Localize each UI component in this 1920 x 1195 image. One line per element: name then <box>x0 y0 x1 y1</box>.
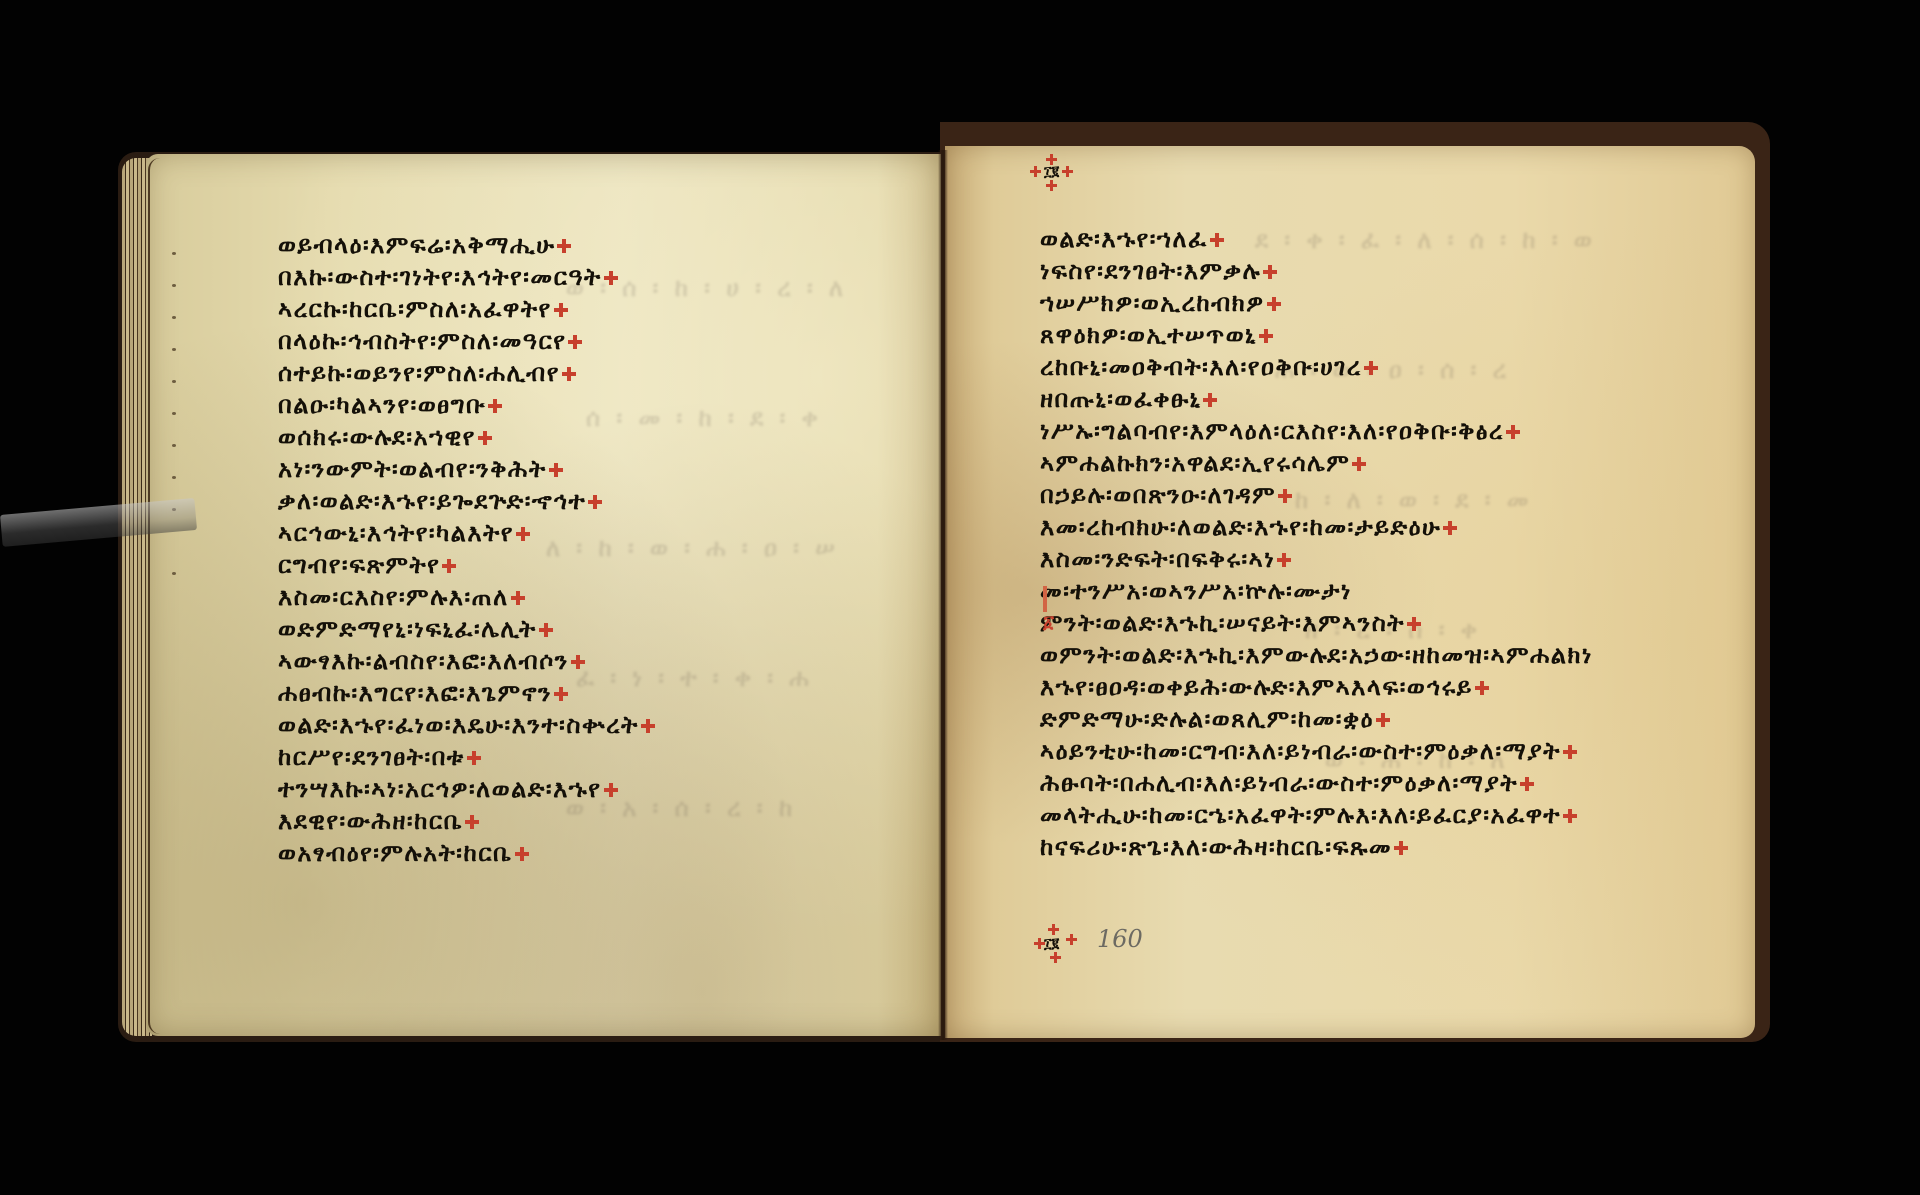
red-cross-icon <box>1259 329 1273 343</box>
red-cross-icon <box>465 815 479 829</box>
text-line: ወአፃብዕየ፡ምሉአት፡ከርቤ <box>278 837 655 869</box>
text-line: ሐፀብኩ፡እግርየ፡እፎ፡እጌምኖን <box>278 677 655 709</box>
red-cross-icon <box>604 271 618 285</box>
decorative-cross-icon <box>1030 166 1041 177</box>
red-cross-icon <box>515 847 529 861</box>
text-line: ወምንት፡ወልድ፡እኁኪ፡እምውሉደ፡አኃው፡ዘከመዝ፡ኣምሐልክነ <box>1040 639 1593 671</box>
text-line: ረከቡኒ፡መዐቅብት፡እለ፡የዐቅቡ፡ሀገረ <box>1040 351 1593 383</box>
text-line: በኃይሉ፡ወበጽንዑ፡ለገዳም <box>1040 479 1593 511</box>
red-cross-icon <box>588 495 602 509</box>
red-cross-icon <box>539 623 553 637</box>
red-cross-icon <box>1506 425 1520 439</box>
red-cross-icon <box>604 783 618 797</box>
text-line: እስመ፡ንድፍት፡በፍቅሩ፡ኣነ <box>1040 543 1593 575</box>
red-cross-icon <box>1394 841 1408 855</box>
red-cross-icon <box>478 431 492 445</box>
decorative-cross-icon <box>1062 166 1073 177</box>
text-line: ነፍስየ፡ደንገፀት፡እምቃሉ <box>1040 255 1593 287</box>
red-cross-icon <box>1267 297 1281 311</box>
right-page-text: ወልድ፡እኁየ፡ኀለፈ ነፍስየ፡ደንገፀት፡እምቃሉ ኀሠሥክዎ፡ወኢረከብክ… <box>1040 223 1593 863</box>
text-line: ሕፁባት፡በሐሊብ፡እለ፡ይነብራ፡ውስተ፡ምዕቃለ፡ማያት <box>1040 767 1593 799</box>
text-line: ጸዋዕክዎ፡ወኢተሠጥወኒ <box>1040 319 1593 351</box>
red-cross-icon <box>1203 393 1217 407</box>
book-gutter <box>938 150 948 1040</box>
pricking-mark <box>172 476 176 479</box>
text-line: ድምድማሁ፡ድሉል፡ወጸሊም፡ከመ፡ቋዕ <box>1040 703 1593 735</box>
pricking-mark <box>172 348 176 351</box>
decorative-cross-icon <box>1050 952 1061 963</box>
folio-number-top: ፲፪ <box>1044 164 1059 180</box>
text-line: እደዊየ፡ውሕዘ፡ከርቤ <box>278 805 655 837</box>
red-cross-icon <box>1278 489 1292 503</box>
text-line: ወልድ፡እኁየ፡ኀለፈ <box>1040 223 1593 255</box>
red-cross-icon <box>516 527 530 541</box>
red-cross-icon <box>562 367 576 381</box>
red-cross-icon <box>511 591 525 605</box>
red-cross-icon <box>488 399 502 413</box>
folio-number-bottom: ፲፪ <box>1044 936 1059 952</box>
text-line: ወሰክሩ፡ውሉደ፡አኀዊየ <box>278 421 655 453</box>
text-line: ከርሥየ፡ደንገፀት፡በቱ <box>278 741 655 773</box>
text-line: ወልድ፡እኁየ፡ፈነወ፡እዴሁ፡እንተ፡ስቍረት <box>278 709 655 741</box>
text-line: በልዑ፡ካልኣንየ፡ወፀግቡ <box>278 389 655 421</box>
pricking-mark <box>172 572 176 575</box>
red-cross-icon <box>1277 553 1291 567</box>
text-line: እመ፡ረከብክሁ፡ለወልድ፡እኁየ፡ከመ፡ታይድዕሁ <box>1040 511 1593 543</box>
text-line: ኣውፃእኩ፡ልብስየ፡እፎ፡እለብሶን <box>278 645 655 677</box>
red-cross-icon <box>1563 809 1577 823</box>
red-cross-icon <box>1263 265 1277 279</box>
red-cross-icon <box>1376 713 1390 727</box>
section-number: ፩ <box>1043 612 1054 633</box>
decorative-cross-icon <box>1048 924 1059 935</box>
manuscript-photo: ወ ፡ ሰ ፡ ከ ፡ ሀ ፡ ረ ፡ ለ ሰ ፡ መ ፡ ከ ፡ ደ ፡ ቀ … <box>0 0 1920 1195</box>
pencil-foliation: 160 <box>1097 925 1143 953</box>
red-cross-icon <box>1475 681 1489 695</box>
text-line: ምንት፡ወልድ፡እኁኪ፡ሠናይት፡እምኣንስት <box>1040 607 1593 639</box>
red-cross-icon <box>1407 617 1421 631</box>
text-line: ከናፍሪሁ፡ጽጌ፡እለ፡ውሕዛ፡ከርቤ፡ፍጹመ <box>1040 831 1593 863</box>
red-cross-icon <box>568 335 582 349</box>
text-line: ነሥኡ፡ግልባብየ፡እምላዕለ፡ርእስየ፡እለ፡የዐቅቡ፡ቅፅረ <box>1040 415 1593 447</box>
pricking-mark <box>172 316 176 319</box>
text-line: ወይብላዕ፡እምፍሬ፡አቅማሒሁ <box>278 229 655 261</box>
red-cross-icon <box>1563 745 1577 759</box>
pricking-mark <box>172 284 176 287</box>
text-line: እኁየ፡ፀዐዳ፡ወቀይሕ፡ውሉድ፡እምኣእላፍ፡ወኅሩይ <box>1040 671 1593 703</box>
left-page-fold <box>148 158 164 1034</box>
text-line: ቃለ፡ወልድ፡እኁየ፡ይጐደጕድ፡ኆኅተ <box>278 485 655 517</box>
text-line: መላትሒሁ፡ከመ፡ርኄ፡አፈዋት፡ምሉእ፡እለ፡ይፈርያ፡አፈዋተ <box>1040 799 1593 831</box>
text-line: ወድምድማየኒ፡ነፍኒፈ፡ሌሊት <box>278 613 655 645</box>
text-line: ዘበጡኒ፡ወፈቀፁኒ <box>1040 383 1593 415</box>
red-cross-icon <box>1364 361 1378 375</box>
red-cross-icon <box>554 303 568 317</box>
red-cross-icon <box>467 751 481 765</box>
text-line: ሰተይኩ፡ወይንየ፡ምስለ፡ሐሊብየ <box>278 357 655 389</box>
red-cross-icon <box>1210 233 1224 247</box>
red-cross-icon <box>442 559 456 573</box>
text-line: ኣዕይንቲሁ፡ከመ፡ርግብ፡እለ፡ይነብራ፡ውስተ፡ምዕቃለ፡ማያት <box>1040 735 1593 767</box>
pricking-mark <box>172 380 176 383</box>
pricking-mark <box>172 412 176 415</box>
text-line: ኣርኅውኒ፡እኅትየ፡ካልእትየ <box>278 517 655 549</box>
text-line: በእኩ፡ውስተ፡ገነትየ፡እኅትየ፡መርዓት <box>278 261 655 293</box>
red-cross-icon <box>554 687 568 701</box>
red-cross-icon <box>1352 457 1366 471</box>
red-cross-icon <box>1520 777 1534 791</box>
decorative-cross-icon <box>1046 180 1057 191</box>
text-line: ኀሠሥክዎ፡ወኢረከብክዎ <box>1040 287 1593 319</box>
red-cross-icon <box>557 239 571 253</box>
left-page-text: ወይብላዕ፡እምፍሬ፡አቅማሒሁ በእኩ፡ውስተ፡ገነትየ፡እኅትየ፡መርዓት … <box>278 229 655 869</box>
text-line: ርግብየ፡ፍጽምትየ <box>278 549 655 581</box>
text-line: ኣረርኩ፡ከርቤ፡ምስለ፡አፈዋትየ <box>278 293 655 325</box>
rubric-line: መ፡ተንሥአ፡ወኣንሥአ፡ኵሉ፡ሙታነ <box>1040 575 1593 607</box>
red-cross-icon <box>571 655 585 669</box>
pricking-mark <box>172 444 176 447</box>
text-line: አነ፡ንውምት፡ወልብየ፡ንቅሕት <box>278 453 655 485</box>
text-line: እስመ፡ርእስየ፡ምሉእ፡ጠለ <box>278 581 655 613</box>
decorative-cross-icon <box>1066 934 1077 945</box>
text-line: በላዕኩ፡ኅብስትየ፡ምስለ፡መዓርየ <box>278 325 655 357</box>
red-cross-icon <box>641 719 655 733</box>
red-cross-icon <box>549 463 563 477</box>
pricking-mark <box>172 252 176 255</box>
text-line: ኣምሐልኩክን፡አዋልደ፡ኢየሩሳሌም <box>1040 447 1593 479</box>
text-line: ተንሣእኩ፡ኣነ፡አርኅዎ፡ለወልድ፡እኁየ <box>278 773 655 805</box>
red-cross-icon <box>1443 521 1457 535</box>
rubric-marker <box>1043 586 1047 612</box>
